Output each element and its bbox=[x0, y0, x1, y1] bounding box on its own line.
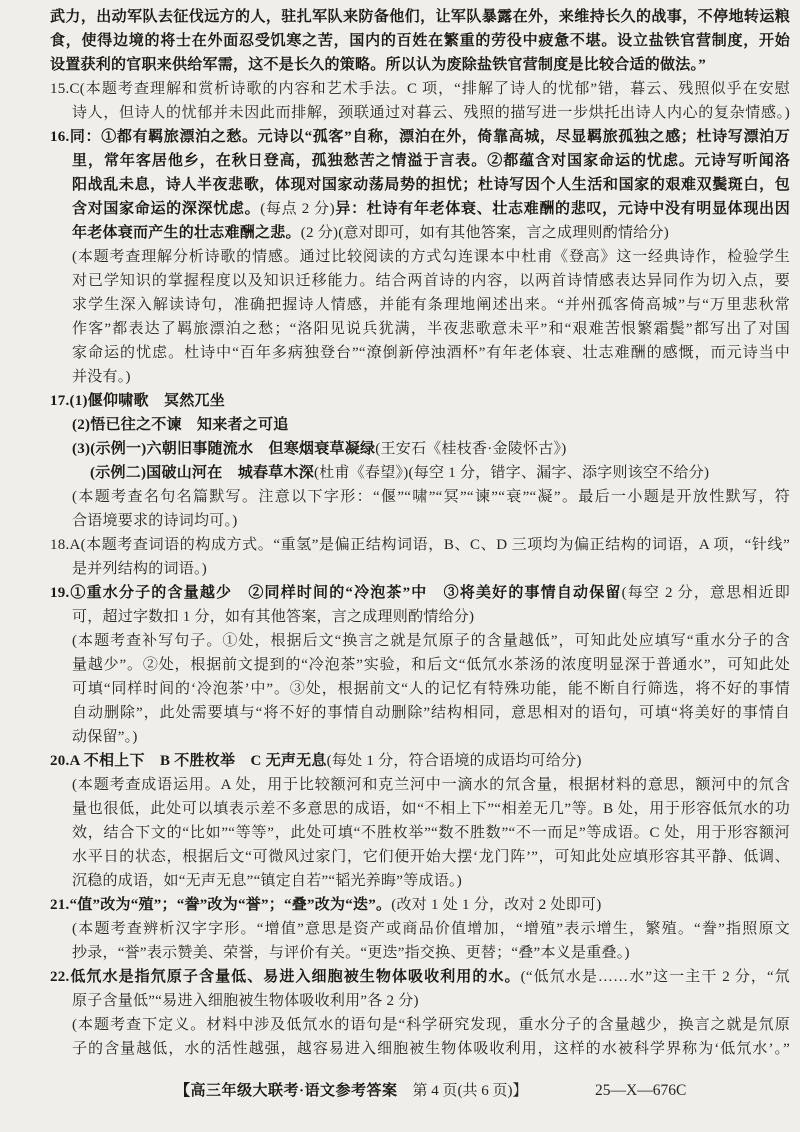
text-line: 水平日的状态，根据后文“可微风过家门，它们便开始大摆‘龙门阵’”，可知此处应填形… bbox=[72, 845, 790, 869]
text-segment: 含对国家命运的深深忧虑。 bbox=[72, 201, 260, 217]
text-line: 17.(1)偃仰啸歌 冥然兀坐 bbox=[50, 389, 790, 413]
text-segment: (改对 1 处 1 分，改对 2 处即可) bbox=[391, 897, 601, 913]
text-line: 动保留”。) bbox=[72, 725, 790, 749]
text-line: 量越少”。②处，根据前文提到的“冷泡茶”实验，和后文“低氘水茶汤的浓度明显深于普… bbox=[72, 653, 790, 677]
text-line: (本题考查名句名篇默写。注意以下字形：“偃”“啸”“冥”“谏”“衰”“凝”。最后… bbox=[72, 485, 790, 509]
text-segment: 阳战乱未息，诗人半夜悲歌，体现对国家动荡局势的担忧；杜诗写因个人生活和国家的艰难… bbox=[72, 177, 790, 193]
text-segment: (本题考查辨析汉字字形。“增值”意思是资产或商品价值增加，“增殖”表示增生，繁殖… bbox=[72, 921, 790, 937]
text-line: 可填“同样时间的‘冷泡茶’中”。③处，根据前文“人的记忆有特殊功能，能不断自行筛… bbox=[72, 677, 790, 701]
text-line: 设置获利的官职来供给军需，这不是长久的策略。所以认为废除盐铁官营制度是比较合适的… bbox=[50, 53, 790, 77]
text-segment: 求学生深入解读诗句，准确把握诗人情感，并能有条理地阐述出来。“并州孤客倚高城”与… bbox=[72, 297, 790, 313]
text-segment: 对已学知识的掌握程度以及知识迁移能力。结合两首诗的内容，以两首诗情感表达异同作为… bbox=[72, 273, 790, 289]
text-line: 子的含量越低，水的活性越强，越容易进入细胞被生物体吸收利用，这样的水被科学界称为… bbox=[72, 1037, 790, 1061]
text-segment: (2)悟已往之不谏 知来者之可追 bbox=[72, 417, 289, 433]
text-segment: 年老体衰而产生的壮志难酬之悲。 bbox=[72, 225, 301, 241]
text-line: 年老体衰而产生的壮志难酬之悲。(2 分)(意对即可，如有其他答案，言之成理则酌情… bbox=[72, 221, 790, 245]
text-line: 里，常年客居他乡，在秋日登高，孤独愁苦之情溢于言表。②都蕴含对国家命运的忧虑。元… bbox=[72, 149, 790, 173]
text-line: 诗人，但诗人的忧郁并未因此而排解，颈联通过对暮云、残照的描写进一步烘托出诗人内心… bbox=[72, 101, 790, 125]
text-line: 18.A(本题考查词语的构成方式。“重氢”是偏正结构词语，B、C、D 三项均为偏… bbox=[50, 533, 790, 557]
text-segment: 异：杜诗有年老体衰、壮志难酬的悲叹，元诗中没有明显体现出因 bbox=[335, 201, 790, 217]
text-line: 求学生深入解读诗句，准确把握诗人情感，并能有条理地阐述出来。“并州孤客倚高城”与… bbox=[72, 293, 790, 317]
footer: 【高三年级大联考·语文参考答案 第 4 页(共 6 页)】 25—X—676C bbox=[0, 1079, 800, 1103]
text-line: 并没有。) bbox=[72, 365, 790, 389]
text-line: (本题考查辨析汉字字形。“增值”意思是资产或商品价值增加，“增殖”表示增生，繁殖… bbox=[72, 917, 790, 941]
text-line: 对已学知识的掌握程度以及知识迁移能力。结合两首诗的内容，以两首诗情感表达异同作为… bbox=[72, 269, 790, 293]
text-line: (2)悟已往之不谏 知来者之可追 bbox=[72, 413, 790, 437]
text-segment: (每点 2 分) bbox=[260, 201, 335, 217]
text-segment: 18.A(本题考查词语的构成方式。“重氢”是偏正结构词语，B、C、D 三项均为偏… bbox=[50, 537, 790, 553]
text-segment: (本题考查成语运用。A 处，用于比较额河和克兰河中一滴水的氘含量，根据材料的意思… bbox=[72, 777, 790, 793]
text-line: 21.“值”改为“殖”；“誊”改为“誉”；“叠”改为“迭”。(改对 1 处 1 … bbox=[50, 893, 790, 917]
footer-label: 【高三年级大联考·语文参考答案 第 4 页(共 6 页)】 bbox=[175, 1079, 528, 1103]
text-segment: 里，常年客居他乡，在秋日登高，孤独愁苦之情溢于言表。②都蕴含对国家命运的忧虑。元… bbox=[72, 153, 790, 169]
text-segment: 量越少”。②处，根据前文提到的“冷泡茶”实验，和后文“低氘水茶汤的浓度明显深于普… bbox=[72, 657, 790, 673]
text-segment: (2 分)(意对即可，如有其他答案，言之成理则酌情给分) bbox=[301, 225, 669, 241]
text-segment: (杜甫《春望》)(每空 1 分，错字、漏字、添字则该空不给分) bbox=[314, 465, 709, 481]
text-segment: 合语境要求的诗词均可。) bbox=[72, 513, 238, 529]
text-segment: (本题考查名句名篇默写。注意以下字形：“偃”“啸”“冥”“谏”“衰”“凝”。最后… bbox=[72, 489, 790, 505]
text-segment: (每处 1 分，符合语境的成语均可给分) bbox=[327, 753, 582, 769]
text-segment: 量也很低，此处可以填表示差不多意思的成语，如“不相上下”“相差无几”等。B 处，… bbox=[72, 801, 790, 817]
text-line: 武力，出动军队去征伐远方的人，驻扎军队来防备他们，让军队暴露在外，来维持长久的战… bbox=[50, 5, 790, 29]
footer-page-info: 第 4 页(共 6 页)】 bbox=[398, 1083, 528, 1099]
text-line: 20.A 不相上下 B 不胜枚举 C 无声无息(每处 1 分，符合语境的成语均可… bbox=[50, 749, 790, 773]
footer-title: 【高三年级大联考·语文参考答案 bbox=[175, 1083, 398, 1099]
text-segment: 可填“同样时间的‘冷泡茶’中”。③处，根据前文“人的记忆有特殊功能，能不断自行筛… bbox=[72, 681, 790, 697]
text-segment: 家命运的忧虑。杜诗中“百年多病独登台”“潦倒新停浊酒杯”有年老体衰、壮志难酬的感… bbox=[72, 345, 790, 361]
text-segment: 20.A 不相上下 B 不胜枚举 C 无声无息 bbox=[50, 753, 327, 769]
document-lines: 武力，出动军队去征伐远方的人，驻扎军队来防备他们，让军队暴露在外，来维持长久的战… bbox=[0, 5, 800, 1061]
text-segment: 子的含量越低，水的活性越强，越容易进入细胞被生物体吸收利用，这样的水被科学界称为… bbox=[72, 1041, 790, 1057]
text-segment: 22.低氘水是指氘原子含量低、易进入细胞被生物体吸收利用的水。 bbox=[50, 969, 521, 985]
text-line: 抄录，“誉”表示赞美、荣誉，与评价有关。“更迭”指交换、更替；“叠”本义是重叠。… bbox=[72, 941, 790, 965]
text-line: (示例二)国破山河在 城春草木深(杜甫《春望》)(每空 1 分，错字、漏字、添字… bbox=[90, 461, 790, 485]
text-line: 16.同：①都有羁旅漂泊之愁。元诗以“孤客”自称，漂泊在外，倚靠高城，尽显羁旅孤… bbox=[50, 125, 790, 149]
text-line: 食，使得边境的将士在外面忍受饥寒之苦，国内的百姓在繁重的劳役中疲惫不堪。设立盐铁… bbox=[50, 29, 790, 53]
text-line: (3)(示例一)六朝旧事随流水 但寒烟衰草凝绿(王安石《桂枝香·金陵怀古》) bbox=[72, 437, 790, 461]
text-segment: 19.①重水分子的含量越少 ②同样时间的“冷泡茶”中 ③将美好的事情自动保留 bbox=[50, 585, 622, 601]
text-segment: (示例二)国破山河在 城春草木深 bbox=[90, 465, 314, 481]
text-line: (本题考查成语运用。A 处，用于比较额河和克兰河中一滴水的氘含量，根据材料的意思… bbox=[72, 773, 790, 797]
text-line: 22.低氘水是指氘原子含量低、易进入细胞被生物体吸收利用的水。(“低氘水是……水… bbox=[50, 965, 790, 989]
text-segment: (“低氘水是……水”这一主干 2 分，“氘 bbox=[521, 969, 790, 985]
text-segment: 抄录，“誉”表示赞美、荣誉，与评价有关。“更迭”指交换、更替；“叠”本义是重叠。… bbox=[72, 945, 630, 961]
text-segment: 自动删除”，此处需要填与“将不好的事情自动删除”结构相同，意思相对的语句，可填“… bbox=[72, 705, 790, 721]
text-line: 量也很低，此处可以填表示差不多意思的成语，如“不相上下”“相差无几”等。B 处，… bbox=[72, 797, 790, 821]
text-segment: 沉稳的成语，如“无声无息”“镇定自若”“韬光养晦”等成语。) bbox=[72, 873, 462, 889]
text-segment: (每空 2 分，意思相近即 bbox=[622, 585, 790, 601]
text-segment: 食，使得边境的将士在外面忍受饥寒之苦，国内的百姓在繁重的劳役中疲惫不堪。设立盐铁… bbox=[50, 33, 790, 49]
text-segment: 15.C(本题考查理解和赏析诗歌的内容和艺术手法。C 项，“排解了诗人的忧郁”错… bbox=[50, 81, 790, 97]
text-line: 阳战乱未息，诗人半夜悲歌，体现对国家动荡局势的担忧；杜诗写因个人生活和国家的艰难… bbox=[72, 173, 790, 197]
text-segment: 作客”都表达了羁旅漂泊之愁；“洛阳见说兵犹满，半夜悲歌意未平”和“艰难苦恨繁霜鬓… bbox=[72, 321, 790, 337]
text-segment: 17.(1)偃仰啸歌 冥然兀坐 bbox=[50, 393, 225, 409]
text-line: (本题考查理解分析诗歌的情感。通过比较阅读的方式勾连课本中杜甫《登高》这一经典诗… bbox=[72, 245, 790, 269]
text-segment: (王安石《桂枝香·金陵怀古》) bbox=[375, 441, 566, 457]
text-segment: (3)(示例一)六朝旧事随流水 但寒烟衰草凝绿 bbox=[72, 441, 375, 457]
text-line: 效，结合下文的“比如”“等等”，此处可填“不胜枚举”“数不胜数”“不一而足”等成… bbox=[72, 821, 790, 845]
text-line: 可，超过字数扣 1 分，如有其他答案，言之成理则酌情给分) bbox=[72, 605, 790, 629]
text-line: 15.C(本题考查理解和赏析诗歌的内容和艺术手法。C 项，“排解了诗人的忧郁”错… bbox=[50, 77, 790, 101]
text-segment: 水平日的状态，根据后文“可微风过家门，它们便开始大摆‘龙门阵’”，可知此处应填形… bbox=[72, 849, 790, 865]
text-line: 家命运的忧虑。杜诗中“百年多病独登台”“潦倒新停浊酒杯”有年老体衰、壮志难酬的感… bbox=[72, 341, 790, 365]
text-segment: (本题考查理解分析诗歌的情感。通过比较阅读的方式勾连课本中杜甫《登高》这一经典诗… bbox=[72, 249, 790, 265]
text-line: 原子含量低”“易进入细胞被生物体吸收利用”各 2 分) bbox=[72, 989, 790, 1013]
text-segment: 武力，出动军队去征伐远方的人，驻扎军队来防备他们，让军队暴露在外，来维持长久的战… bbox=[50, 9, 790, 25]
text-segment: 是并列结构的词语。) bbox=[72, 561, 207, 577]
text-line: (本题考查下定义。材料中涉及低氘水的语句是“科学研究发现，重水分子的含量越少，换… bbox=[72, 1013, 790, 1037]
text-segment: 16.同：①都有羁旅漂泊之愁。元诗以“孤客”自称，漂泊在外，倚靠高城，尽显羁旅孤… bbox=[50, 129, 790, 145]
text-segment: 并没有。) bbox=[72, 369, 131, 385]
text-segment: 21.“值”改为“殖”；“誊”改为“誉”；“叠”改为“迭”。 bbox=[50, 897, 391, 913]
text-line: 自动删除”，此处需要填与“将不好的事情自动删除”结构相同，意思相对的语句，可填“… bbox=[72, 701, 790, 725]
text-segment: 设置获利的官职来供给军需，这不是长久的策略。所以认为废除盐铁官营制度是比较合适的… bbox=[50, 57, 706, 73]
text-line: 含对国家命运的深深忧虑。(每点 2 分)异：杜诗有年老体衰、壮志难酬的悲叹，元诗… bbox=[72, 197, 790, 221]
text-segment: (本题考查补写句子。①处，根据后文“换言之就是氘原子的含量越低”，可知此处应填写… bbox=[72, 633, 790, 649]
text-segment: 动保留”。) bbox=[72, 729, 138, 745]
text-line: 是并列结构的词语。) bbox=[72, 557, 790, 581]
text-segment: 效，结合下文的“比如”“等等”，此处可填“不胜枚举”“数不胜数”“不一而足”等成… bbox=[72, 825, 790, 841]
footer-code: 25—X—676C bbox=[595, 1079, 686, 1103]
text-line: 19.①重水分子的含量越少 ②同样时间的“冷泡茶”中 ③将美好的事情自动保留(每… bbox=[50, 581, 790, 605]
text-segment: (本题考查下定义。材料中涉及低氘水的语句是“科学研究发现，重水分子的含量越少，换… bbox=[72, 1017, 790, 1033]
text-line: 沉稳的成语，如“无声无息”“镇定自若”“韬光养晦”等成语。) bbox=[72, 869, 790, 893]
text-segment: 可，超过字数扣 1 分，如有其他答案，言之成理则酌情给分) bbox=[72, 609, 474, 625]
text-line: (本题考查补写句子。①处，根据后文“换言之就是氘原子的含量越低”，可知此处应填写… bbox=[72, 629, 790, 653]
text-line: 作客”都表达了羁旅漂泊之愁；“洛阳见说兵犹满，半夜悲歌意未平”和“艰难苦恨繁霜鬓… bbox=[72, 317, 790, 341]
text-segment: 诗人，但诗人的忧郁并未因此而排解，颈联通过对暮云、残照的描写进一步烘托出诗人内心… bbox=[72, 105, 790, 121]
text-line: 合语境要求的诗词均可。) bbox=[72, 509, 790, 533]
text-segment: 原子含量低”“易进入细胞被生物体吸收利用”各 2 分) bbox=[72, 993, 419, 1009]
document-page: 武力，出动军队去征伐远方的人，驻扎军队来防备他们，让军队暴露在外，来维持长久的战… bbox=[0, 0, 800, 1103]
